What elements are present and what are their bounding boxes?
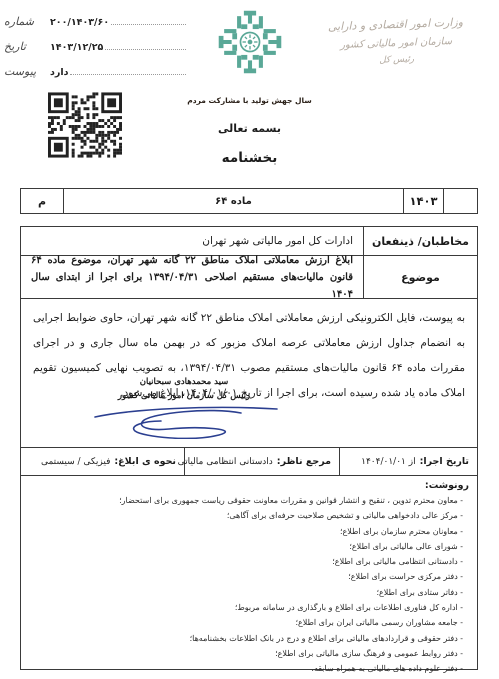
- cc-item: - شورای عالی مالیاتی برای اطلاع؛: [29, 539, 469, 554]
- cc-item: - دفاتر ستادی برای اطلاع؛: [29, 585, 469, 600]
- cc-item: - جامعه مشاوران رسمی مالیاتی ایران برای …: [29, 615, 469, 630]
- cc-item: - دفتر علوم داده های مالیاتی به همراه سا…: [29, 661, 469, 676]
- letterhead: وزارت امور اقتصادی و دارایی سازمان امور …: [310, 15, 482, 68]
- dotted-line: [105, 48, 186, 50]
- execution-date-cell: تاریخ اجرا: از ۱۴۰۴/۰۱/۰۱: [339, 448, 477, 475]
- meta-number-row: شماره ۲۰۰/۱۴۰۳/۶۰: [0, 12, 186, 28]
- document-meta-block: شماره ۲۰۰/۱۴۰۳/۶۰ تاریخ ۱۴۰۳/۱۲/۲۵ پیوست…: [0, 12, 186, 87]
- subject-value: ابلاغ ارزش معاملاتی املاک مناطق ۲۲ گانه …: [21, 256, 363, 298]
- besmele-heading: بسمه تعالی: [0, 122, 499, 135]
- dotted-line: [111, 23, 186, 25]
- cc-item: - دادستانی انتظامی مالیاتی برای اطلاع؛: [29, 554, 469, 569]
- subject-label: موضوع: [363, 256, 477, 298]
- signatory-name: سید محمدهادی سبحانیان: [99, 375, 269, 389]
- execution-date-value: از ۱۴۰۴/۰۱/۰۱: [361, 457, 415, 467]
- meta-date-row: تاریخ ۱۴۰۳/۱۲/۲۵: [0, 37, 186, 53]
- cc-item: - دفتر روابط عمومی و فرهنگ سازی مالیاتی …: [29, 646, 469, 661]
- cc-item: - معاونان محترم سازمان برای اطلاع؛: [29, 524, 469, 539]
- supervisor-cell: مرجع ناظر: دادستانی انتظامی مالیاتی: [184, 448, 339, 475]
- cc-item: - معاون محترم تدوین ، تنقیح و انتشار قوا…: [29, 493, 469, 508]
- recipients-label: مخاطبان/ ذینفعان: [363, 227, 477, 255]
- date-value: ۱۴۰۳/۱۲/۲۵: [48, 42, 105, 53]
- notification-method-value: فیزیکی / سیستمی: [41, 457, 110, 467]
- classification-year: ۱۴۰۳: [403, 189, 443, 213]
- cc-label: رونوشت:: [29, 480, 469, 491]
- execution-date-label: تاریخ اجرا:: [420, 456, 469, 467]
- classification-empty-cell: [443, 189, 477, 213]
- cc-item: - مرکز عالی دادخواهی مالیاتی و تشخیص صلا…: [29, 508, 469, 523]
- organization-name: سازمان امور مالیاتی کشور: [311, 35, 481, 52]
- document-type-title: بخشنامه: [0, 150, 499, 166]
- classification-code: م: [21, 189, 63, 213]
- meta-attachment-row: پیوست دارد: [0, 62, 186, 78]
- attachment-label: پیوست: [0, 65, 48, 78]
- circular-document-page: { "meta": { "number_label": "شماره", "nu…: [0, 0, 499, 679]
- director-general-title: رئیس کل: [312, 52, 482, 68]
- number-label: شماره: [0, 15, 48, 28]
- notification-method-cell: نحوه ی ابلاغ: فیزیکی / سیستمی: [21, 448, 184, 475]
- date-label: تاریخ: [0, 40, 48, 53]
- number-value: ۲۰۰/۱۴۰۳/۶۰: [48, 17, 111, 28]
- cc-item: - اداره کل فناوری اطلاعات برای اطلاع و ب…: [29, 600, 469, 615]
- notification-method-label: نحوه ی ابلاغ:: [114, 456, 176, 467]
- supervisor-value: دادستانی انتظامی مالیاتی: [178, 457, 273, 467]
- attachment-value: دارد: [48, 67, 70, 78]
- execution-info-row: تاریخ اجرا: از ۱۴۰۴/۰۱/۰۱ مرجع ناظر: داد…: [21, 448, 477, 476]
- main-table: مخاطبان/ ذینفعان ادارات کل امور مالیاتی …: [20, 226, 478, 670]
- cc-item: - دفتر مرکزی حراست برای اطلاع؛: [29, 569, 469, 584]
- classification-article: ماده ۶۴: [63, 189, 403, 213]
- dotted-line: [70, 73, 186, 75]
- supervisor-label: مرجع ناظر:: [277, 456, 331, 467]
- cc-item: - دفتر حقوقی و قراردادهای مالیاتی برای ا…: [29, 631, 469, 646]
- tax-administration-logo-icon: [216, 8, 284, 76]
- handwritten-signature: [91, 399, 281, 439]
- ministry-name: وزارت امور اقتصادی و دارایی: [310, 15, 480, 34]
- classification-strip: ۱۴۰۳ ماده ۶۴ م: [20, 188, 478, 214]
- subject-row: موضوع ابلاغ ارزش معاملاتی املاک مناطق ۲۲…: [21, 256, 477, 299]
- cc-section: رونوشت: - معاون محترم تدوین ، تنقیح و ان…: [21, 476, 477, 669]
- body-section: به پیوست، فایل الکترونیکی ارزش معاملاتی …: [21, 299, 477, 448]
